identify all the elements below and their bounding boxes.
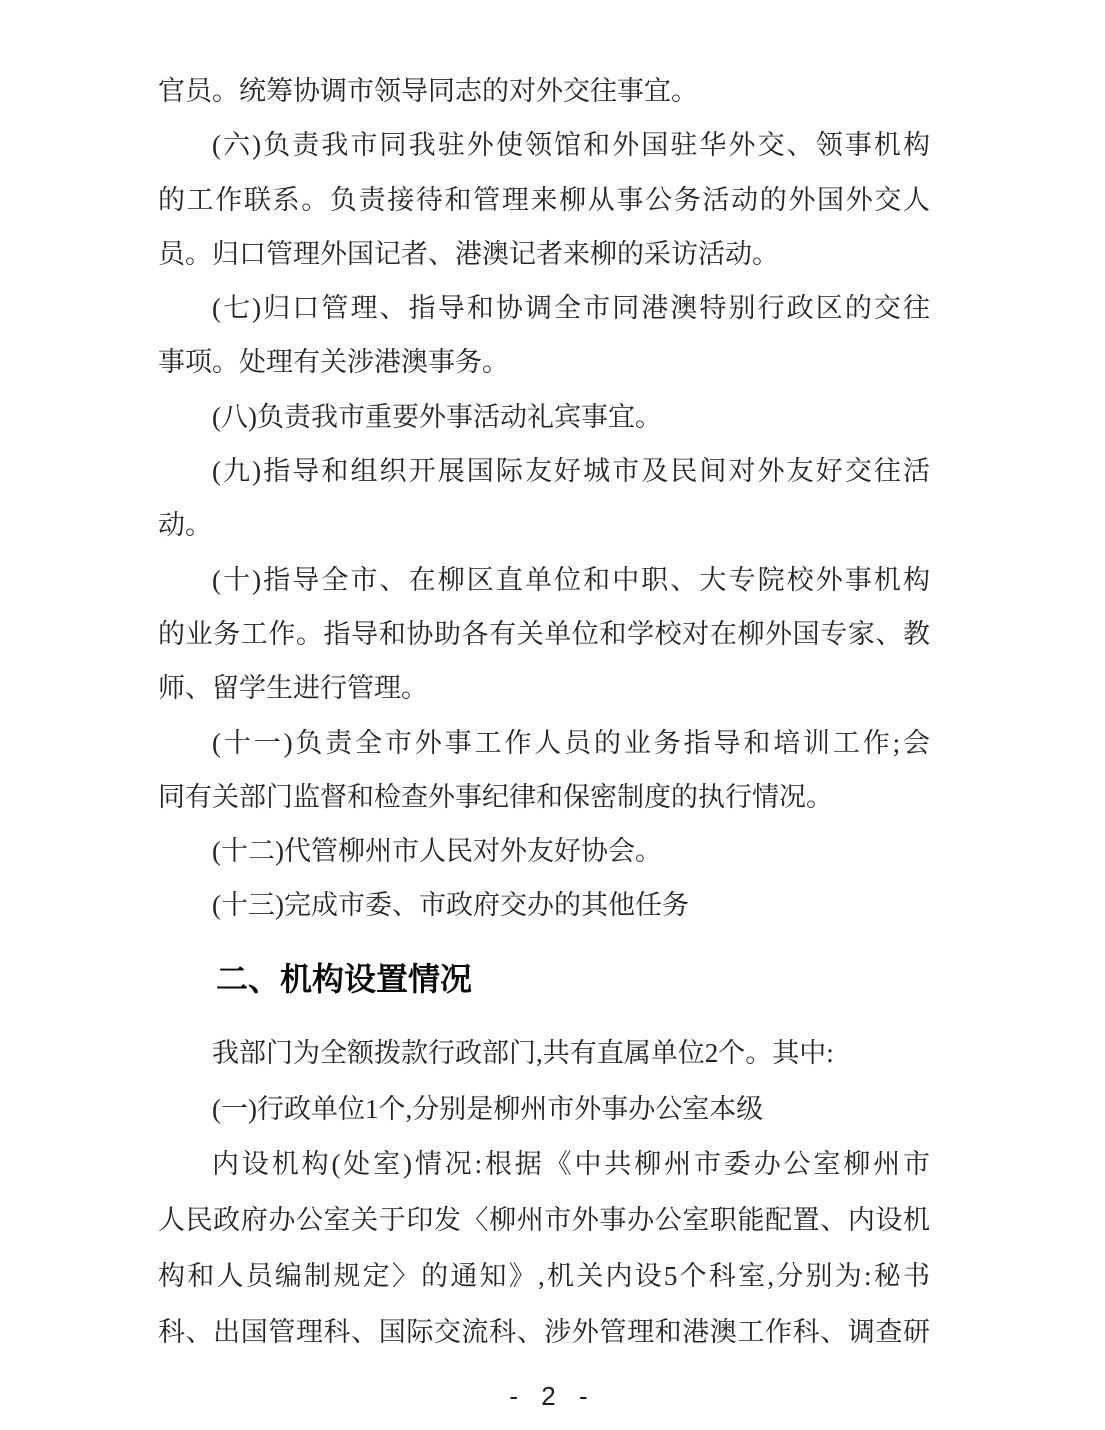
body-line: 构和人员编制规定〉的通知》,机关内设5个科室,分别为:秘书	[158, 1249, 930, 1305]
body-line: 官员。统筹协调市领导同志的对外交往事宜。	[158, 64, 930, 118]
body-line: (十一)负责全市外事工作人员的业务指导和培训工作;会	[158, 716, 930, 770]
body-line: (十二)代管柳州市人民对外友好协会。	[158, 824, 930, 878]
body-line: (八)负责我市重要外事活动礼宾事宜。	[158, 390, 930, 444]
section-heading: 二、机构设置情况	[158, 952, 930, 1006]
body-line: (七)归口管理、指导和协调全市同港澳特别行政区的交往	[158, 281, 930, 335]
body-line: 师、留学生进行管理。	[158, 661, 930, 715]
body-line: 事项。处理有关涉港澳事务。	[158, 335, 930, 389]
body-line: 内设机构(处室)情况:根据《中共柳州市委办公室柳州市	[158, 1137, 930, 1193]
body-line: 的工作联系。负责接待和管理来柳从事公务活动的外国外交人	[158, 173, 930, 227]
body-line: 科、出国管理科、国际交流科、涉外管理和港澳工作科、调查研	[158, 1305, 930, 1361]
body-line: 同有关部门监督和检查外事纪律和保密制度的执行情况。	[158, 770, 930, 824]
body-line: (一)行政单位1个,分别是柳州市外事办公室本级	[158, 1082, 930, 1138]
body-line: 动。	[158, 498, 930, 552]
document-page: 官员。统筹协调市领导同志的对外交往事宜。 (六)负责我市同我驻外使领馆和外国驻华…	[0, 0, 1105, 1430]
body-line: (十)指导全市、在柳区直单位和中职、大专院校外事机构	[158, 553, 930, 607]
body-line: 人民政府办公室关于印发〈柳州市外事办公室职能配置、内设机	[158, 1193, 930, 1249]
body-line: 的业务工作。指导和协助各有关单位和学校对在柳外国专家、教	[158, 607, 930, 661]
body-line: (九)指导和组织开展国际友好城市及民间对外友好交往活	[158, 444, 930, 498]
body-line: (十三)完成市委、市政府交办的其他任务	[158, 878, 930, 932]
body-line: 我部门为全额拨款行政部门,共有直属单位2个。其中:	[158, 1026, 930, 1082]
body-line: 员。归口管理外国记者、港澳记者来柳的采访活动。	[158, 227, 930, 281]
page-number: - 2 -	[0, 1381, 1105, 1412]
document-body: 官员。统筹协调市领导同志的对外交往事宜。 (六)负责我市同我驻外使领馆和外国驻华…	[158, 64, 930, 1361]
body-line: (六)负责我市同我驻外使领馆和外国驻华外交、领事机构	[158, 118, 930, 172]
